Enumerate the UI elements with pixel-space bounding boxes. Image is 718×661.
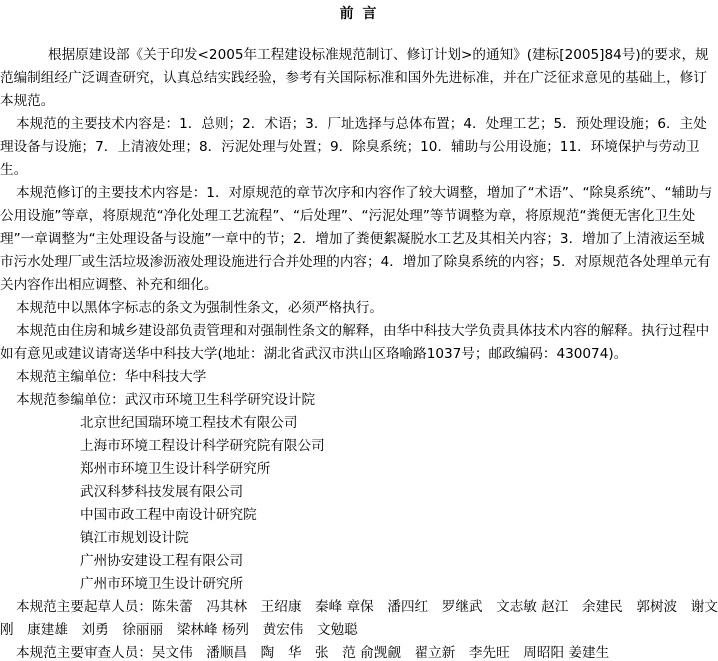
main-content-paragraph: 本规范的主要技术内容是：1．总则；2．术语；3．厂址选择与总体布置；4．处理工艺… (0, 113, 718, 182)
participating-unit: 中国市政工程中南设计研究院 (0, 504, 718, 527)
participating-unit: 北京世纪国瑞环境工程技术有限公司 (0, 412, 718, 435)
participating-unit: 镇江市规划设计院 (0, 527, 718, 550)
participating-unit: 武汉科梦科技发展有限公司 (0, 481, 718, 504)
chief-unit-paragraph: 本规范主编单位：华中科技大学 (0, 366, 718, 389)
participating-unit: 广州市环境卫生设计研究所 (0, 573, 718, 596)
title-spacer (0, 28, 718, 44)
participating-units-first: 本规范参编单位：武汉市环境卫生科学研究设计院 (0, 389, 718, 412)
intro-paragraph: 根据原建设部《关于印发<2005年工程建设标准规范制订、修订计划>的通知》(建标… (0, 44, 718, 113)
participating-unit: 上海市环境工程设计科学研究院有限公司 (0, 435, 718, 458)
participating-units-list: 北京世纪国瑞环境工程技术有限公司 上海市环境工程设计科学研究院有限公司 郑州市环… (0, 412, 718, 596)
document-page: 前 言 根据原建设部《关于印发<2005年工程建设标准规范制订、修订计划>的通知… (0, 0, 718, 661)
management-paragraph: 本规范由住房和城乡建设部负责管理和对强制性条文的解释，由华中科技大学负责具体技术… (0, 320, 718, 366)
reviewers-paragraph: 本规范主要审查人员：吴文伟 潘顺昌 陶 华 张 范 俞觊觎 翟立新 李先旺 周昭… (0, 642, 718, 661)
drafters-paragraph: 本规范主要起草人员：陈朱蕾 冯其林 王绍康 秦峰 章保 潘四红 罗继武 文志敏 … (0, 596, 718, 642)
mandatory-paragraph: 本规范中以黑体字标志的条文为强制性条文，必须严格执行。 (0, 297, 718, 320)
page-title: 前 言 (0, 0, 718, 28)
participating-unit: 郑州市环境卫生设计科学研究所 (0, 458, 718, 481)
participating-unit: 广州协安建设工程有限公司 (0, 550, 718, 573)
revision-content-paragraph: 本规范修订的主要技术内容是：1．对原规范的章节次序和内容作了较大调整，增加了“术… (0, 182, 718, 297)
